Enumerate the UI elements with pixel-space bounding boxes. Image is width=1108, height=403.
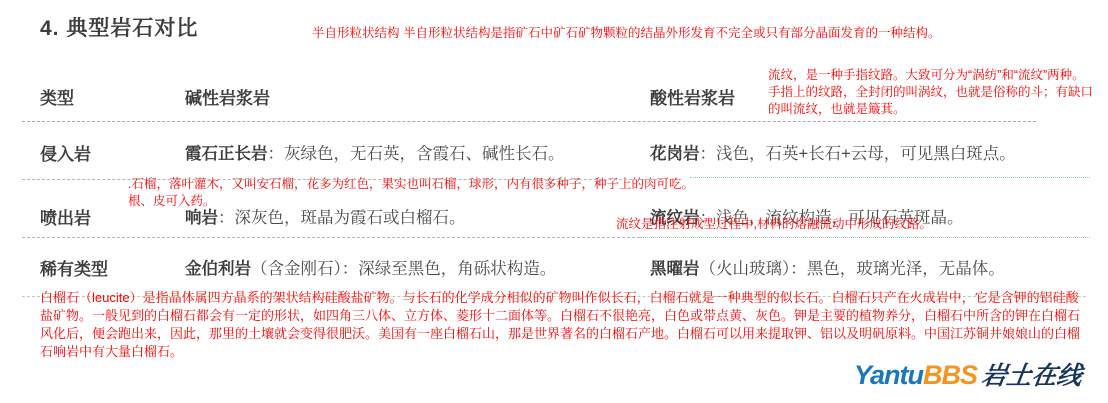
- rock-name: 黑曜岩: [650, 260, 700, 278]
- yantubbs-logo: YantuBBS岩土在线: [854, 356, 1082, 392]
- rock-name: 金伯利岩: [185, 260, 251, 278]
- rock-name: 霞石正长岩: [185, 145, 268, 163]
- rock-description: ：深灰色，斑晶为霞石或白榴石。: [218, 209, 466, 227]
- logo-bbs-text: BBS: [923, 360, 977, 390]
- rock-description: （火山玻璃）：黑色，玻璃光泽，无晶体。: [700, 260, 1005, 278]
- divider-under-row2-right: [640, 237, 1090, 238]
- annotation-fingerprint-flow-pattern: 流纹，是一种手指纹路。大致可分为“涡纺”和“流纹”两种。 手指上的纹路，全封闭的…: [768, 67, 1100, 118]
- page-title: 4. 典型岩石对比: [40, 12, 198, 42]
- divider-under-header: [22, 121, 1036, 122]
- annotation-semi-euhedral-structure: 半自形粒状结构 半自形粒状结构是指矿石中矿石矿物颗粒的结晶外形发育不完全或只有部…: [312, 25, 960, 42]
- divider-under-row1-left: [22, 179, 662, 180]
- logo-yantu-text: Yantu: [854, 360, 923, 390]
- rock-name: 花岗岩: [650, 145, 700, 163]
- column-header-acidic-magmatic-rock: 酸性岩浆岩: [650, 84, 735, 109]
- document-page: 4. 典型岩石对比 半自形粒状结构 半自形粒状结构是指矿石中矿石矿物颗粒的结晶外…: [0, 0, 1108, 403]
- rock-description: （含金刚石）：深绿至黑色，角砾状构造。: [251, 260, 556, 278]
- row-label-rare-types: 稀有类型: [40, 255, 108, 280]
- divider-under-row1-right: [690, 177, 1090, 178]
- column-header-alkaline-magmatic-rock: 碱性岩浆岩: [185, 84, 270, 109]
- cell-nepheline-syenite: 霞石正长岩：灰绿色，无石英，含霞石、碱性长石。: [185, 140, 565, 164]
- cell-phonolite: 响岩：深灰色，斑晶为霞石或白榴石。: [185, 204, 466, 228]
- cell-obsidian: 黑曜岩（火山玻璃）：黑色，玻璃光泽，无晶体。: [650, 255, 1005, 279]
- cell-kimberlite: 金伯利岩（含金刚石）：深绿至黑色，角砾状构造。: [185, 255, 556, 279]
- logo-chinese-text: 岩土在线: [979, 356, 1084, 392]
- annotation-injection-flow-mark: 流纹是指注射成型过程中,材料的熔融流动中形成的纹路。: [616, 216, 1036, 233]
- rock-description: ：灰绿色，无石英，含霞石、碱性长石。: [268, 145, 565, 163]
- row-label-intrusive-rock: 侵入岩: [40, 140, 91, 165]
- column-header-type: 类型: [40, 84, 74, 109]
- rock-description: ：浅色，石英+长石+云母，可见黑白斑点。: [700, 145, 1016, 163]
- annotation-leucite-paragraph: 白榴石（leucite）是指晶体属四方晶系的架状结构硅酸盐矿物。与长石的化学成分…: [40, 289, 1088, 361]
- cell-granite: 花岗岩：浅色，石英+长石+云母，可见黑白斑点。: [650, 140, 1016, 164]
- row-label-extrusive-rock: 喷出岩: [40, 204, 91, 229]
- divider-under-row2-left: [22, 237, 640, 238]
- rock-name: 响岩: [185, 209, 218, 227]
